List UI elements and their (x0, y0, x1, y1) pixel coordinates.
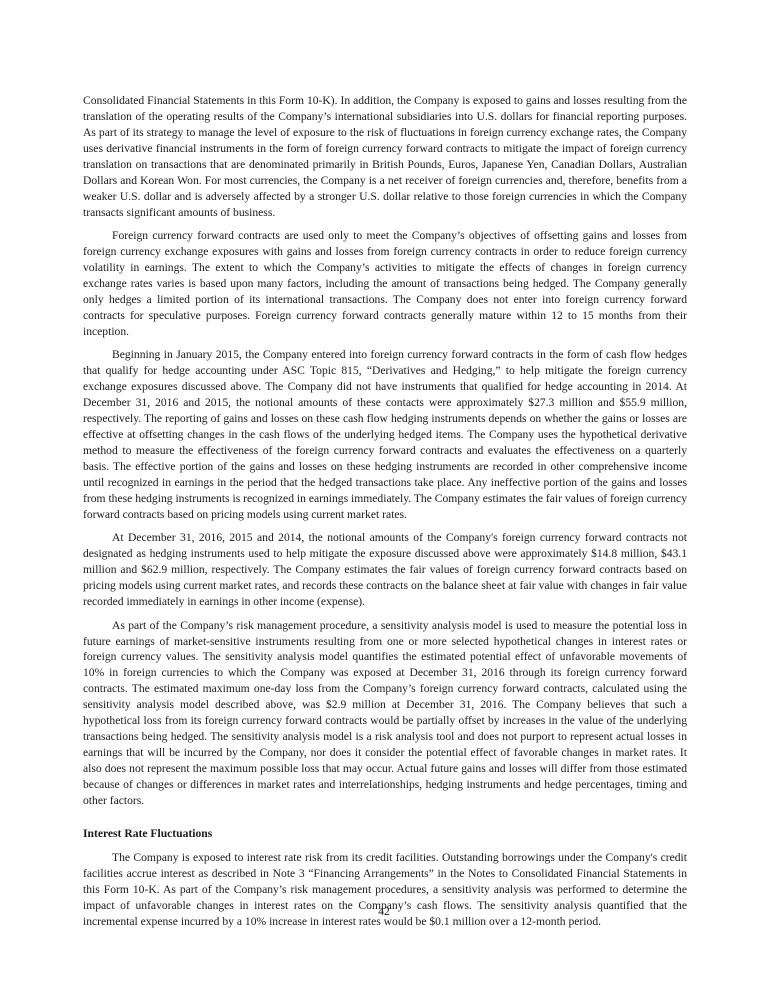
document-page: Consolidated Financial Statements in thi… (83, 93, 687, 937)
paragraph-forward-contracts-purpose: Foreign currency forward contracts are u… (83, 228, 687, 340)
page-number: 42 (0, 905, 768, 918)
paragraph-cash-flow-hedges: Beginning in January 2015, the Company e… (83, 347, 687, 522)
paragraph-non-designated-contracts: At December 31, 2016, 2015 and 2014, the… (83, 530, 687, 610)
paragraph-translation-exposure: Consolidated Financial Statements in thi… (83, 93, 687, 221)
section-heading-interest-rate: Interest Rate Fluctuations (83, 826, 687, 842)
paragraph-sensitivity-analysis: As part of the Company’s risk management… (83, 618, 687, 809)
